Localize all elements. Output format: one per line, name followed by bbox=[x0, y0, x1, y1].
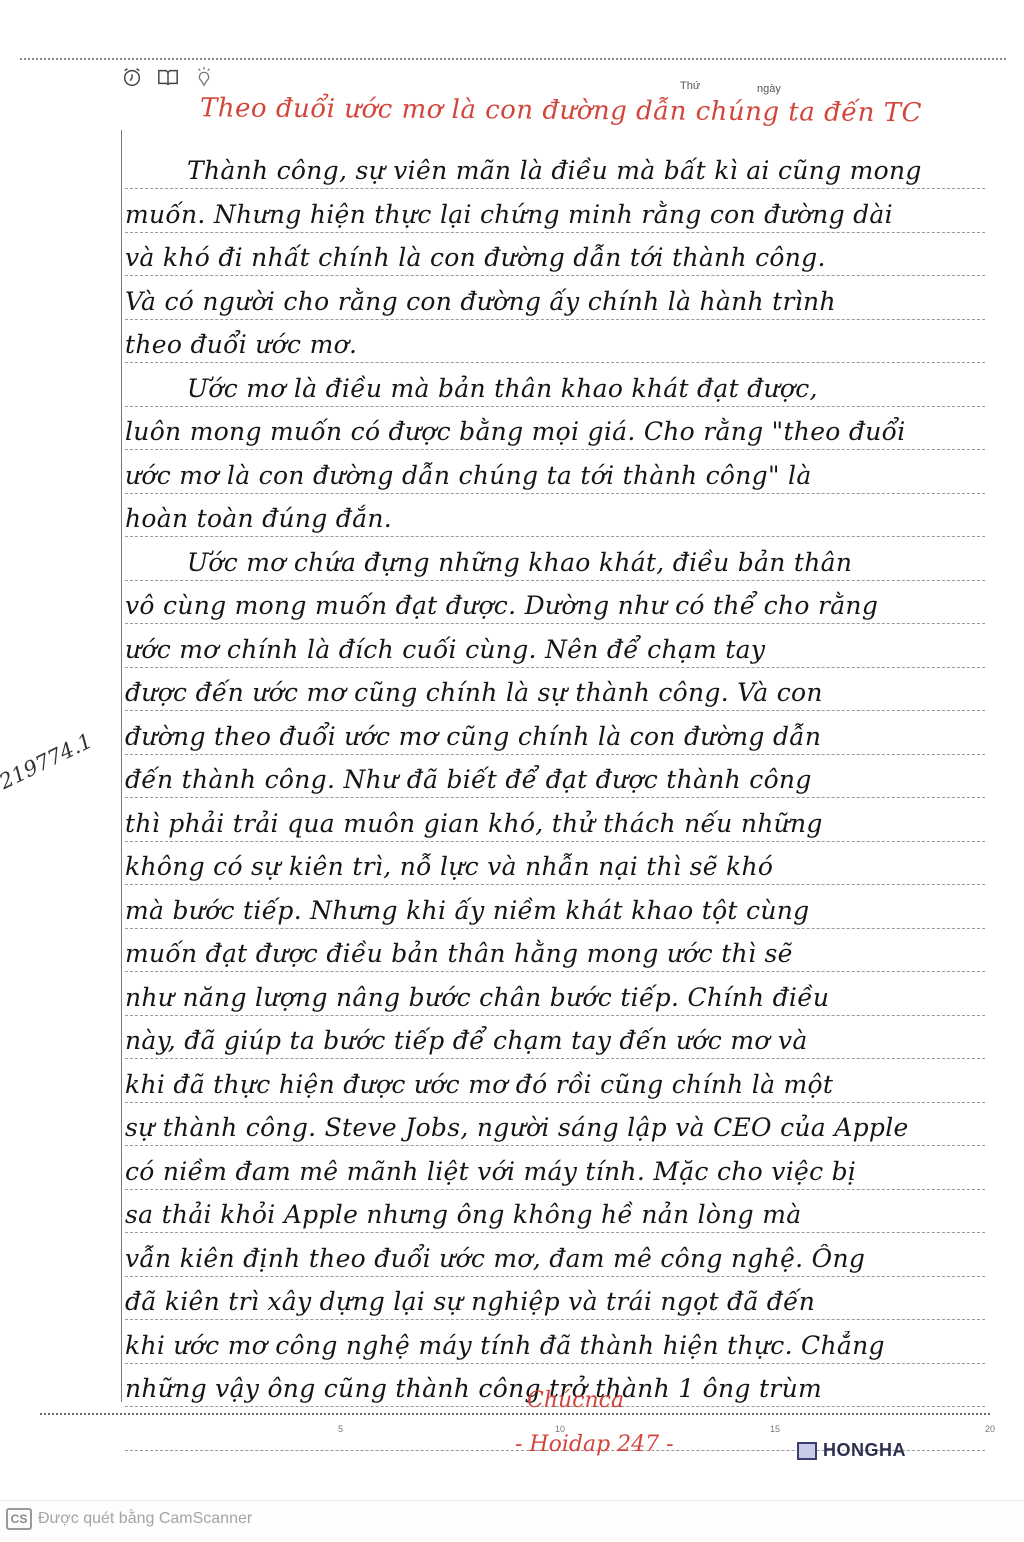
handwritten-line: ước mơ chính là đích cuối cùng. Nên để c… bbox=[125, 635, 985, 664]
handwritten-line: đến thành công. Như đã biết để đạt được … bbox=[125, 765, 985, 794]
handwritten-line: đã kiên trì xây dựng lại sự nghiệp và tr… bbox=[125, 1287, 985, 1316]
camscanner-text: Được quét bằng CamScanner bbox=[38, 1510, 252, 1528]
handwritten-line: sa thải khỏi Apple nhưng ông không hề nả… bbox=[125, 1200, 985, 1229]
ruled-line bbox=[125, 1189, 985, 1190]
ruled-line bbox=[125, 667, 985, 668]
handwritten-line: Thành công, sự viên mãn là điều mà bất k… bbox=[125, 156, 985, 185]
handwritten-line: có niềm đam mê mãnh liệt với máy tính. M… bbox=[125, 1157, 985, 1186]
handwritten-line: đường theo đuổi ước mơ cũng chính là con… bbox=[125, 722, 985, 751]
margin-line bbox=[121, 130, 122, 1402]
handwritten-line: vẫn kiên định theo đuổi ước mơ, đam mê c… bbox=[125, 1244, 985, 1273]
ruled-line bbox=[125, 1232, 985, 1233]
handwritten-line: sự thành công. Steve Jobs, người sáng lậ… bbox=[125, 1113, 985, 1142]
camscanner-watermark: CS Được quét bằng CamScanner bbox=[6, 1508, 252, 1530]
handwritten-line: muốn đạt được điều bản thân hằng mong ướ… bbox=[125, 939, 985, 968]
handwritten-line: ước mơ là con đường dẫn chúng ta tới thà… bbox=[125, 461, 985, 490]
brand: HONGHA bbox=[797, 1440, 906, 1461]
alarm-clock-icon bbox=[120, 64, 144, 90]
ruled-line bbox=[125, 1145, 985, 1146]
camscanner-logo-icon: CS bbox=[6, 1508, 32, 1530]
handwritten-line: muốn. Nhưng hiện thực lại chứng minh rằn… bbox=[125, 200, 985, 229]
source-tag: - Hoidap 247 - bbox=[515, 1432, 674, 1457]
ruled-line bbox=[125, 406, 985, 407]
header-icons bbox=[120, 64, 216, 90]
handwritten-line: này, đã giúp ta bước tiếp để chạm tay đế… bbox=[125, 1026, 985, 1055]
handwritten-line: Ước mơ là điều mà bản thân khao khát đạt… bbox=[125, 374, 985, 403]
handwritten-line: Ước mơ chứa đựng những khao khát, điều b… bbox=[125, 548, 985, 577]
ruler-number: 15 bbox=[770, 1424, 780, 1434]
ruled-line bbox=[125, 710, 985, 711]
ruled-line bbox=[125, 971, 985, 972]
handwritten-line: khi đã thực hiện được ước mơ đó rồi cũng… bbox=[125, 1070, 985, 1099]
handwritten-line: luôn mong muốn có được bằng mọi giá. Cho… bbox=[125, 417, 985, 446]
ruled-line bbox=[125, 580, 985, 581]
bottom-ruler bbox=[40, 1413, 990, 1415]
top-dotted-rule bbox=[20, 58, 1006, 60]
open-book-icon bbox=[156, 64, 180, 90]
ruled-line bbox=[125, 188, 985, 189]
handwritten-line: thì phải trải qua muôn gian khó, thử thá… bbox=[125, 809, 985, 838]
handwritten-line: Và có người cho rằng con đường ấy chính … bbox=[125, 287, 985, 316]
notebook-page: Thứ ngày Theo đuổi ước mơ là con đường d… bbox=[0, 0, 1024, 1500]
lightbulb-icon bbox=[192, 64, 216, 90]
hongha-logo-icon bbox=[797, 1442, 817, 1460]
handwritten-line: theo đuổi ước mơ. bbox=[125, 330, 985, 359]
ruled-line bbox=[125, 623, 985, 624]
margin-note: 219774.1 bbox=[0, 729, 96, 794]
handwritten-line: và khó đi nhất chính là con đường dẫn tớ… bbox=[125, 243, 985, 272]
ruled-line bbox=[125, 319, 985, 320]
brand-name: HONGHA bbox=[823, 1440, 906, 1461]
ruled-line bbox=[125, 275, 985, 276]
ruler-number: 20 bbox=[985, 1424, 995, 1434]
ruled-line bbox=[125, 1363, 985, 1364]
ngay-label: ngày bbox=[757, 83, 781, 95]
handwritten-line: được đến ước mơ cũng chính là sự thành c… bbox=[125, 678, 985, 707]
ruled-line bbox=[125, 1102, 985, 1103]
signature: Chúcnca bbox=[527, 1388, 624, 1413]
handwritten-line: như năng lượng nâng bước chân bước tiếp.… bbox=[125, 983, 985, 1012]
ruled-line bbox=[125, 536, 985, 537]
ruled-line bbox=[125, 1319, 985, 1320]
handwritten-line: không có sự kiên trì, nỗ lực và nhẫn nại… bbox=[125, 852, 985, 881]
ruled-line bbox=[125, 1015, 985, 1016]
ruler-number: 5 bbox=[338, 1424, 343, 1434]
ruled-line bbox=[125, 232, 985, 233]
ruled-line bbox=[125, 1058, 985, 1059]
handwritten-line: vô cùng mong muốn đạt được. Dường như có… bbox=[125, 591, 985, 620]
page-edge bbox=[0, 1500, 1024, 1501]
ruled-line bbox=[125, 754, 985, 755]
essay-title: Theo đuổi ước mơ là con đường dẫn chúng … bbox=[200, 93, 1000, 129]
handwritten-line: hoàn toàn đúng đắn. bbox=[125, 504, 985, 533]
ruled-line bbox=[125, 362, 985, 363]
thu-label: Thứ bbox=[680, 80, 700, 92]
handwritten-line: mà bước tiếp. Nhưng khi ấy niềm khát kha… bbox=[125, 896, 985, 925]
handwritten-line: khi ước mơ công nghệ máy tính đã thành h… bbox=[125, 1331, 985, 1360]
ruled-line bbox=[125, 797, 985, 798]
ruled-line bbox=[125, 884, 985, 885]
ruled-line bbox=[125, 928, 985, 929]
ruled-line bbox=[125, 493, 985, 494]
ruled-line bbox=[125, 1276, 985, 1277]
ruled-line bbox=[125, 841, 985, 842]
ruled-line bbox=[125, 449, 985, 450]
